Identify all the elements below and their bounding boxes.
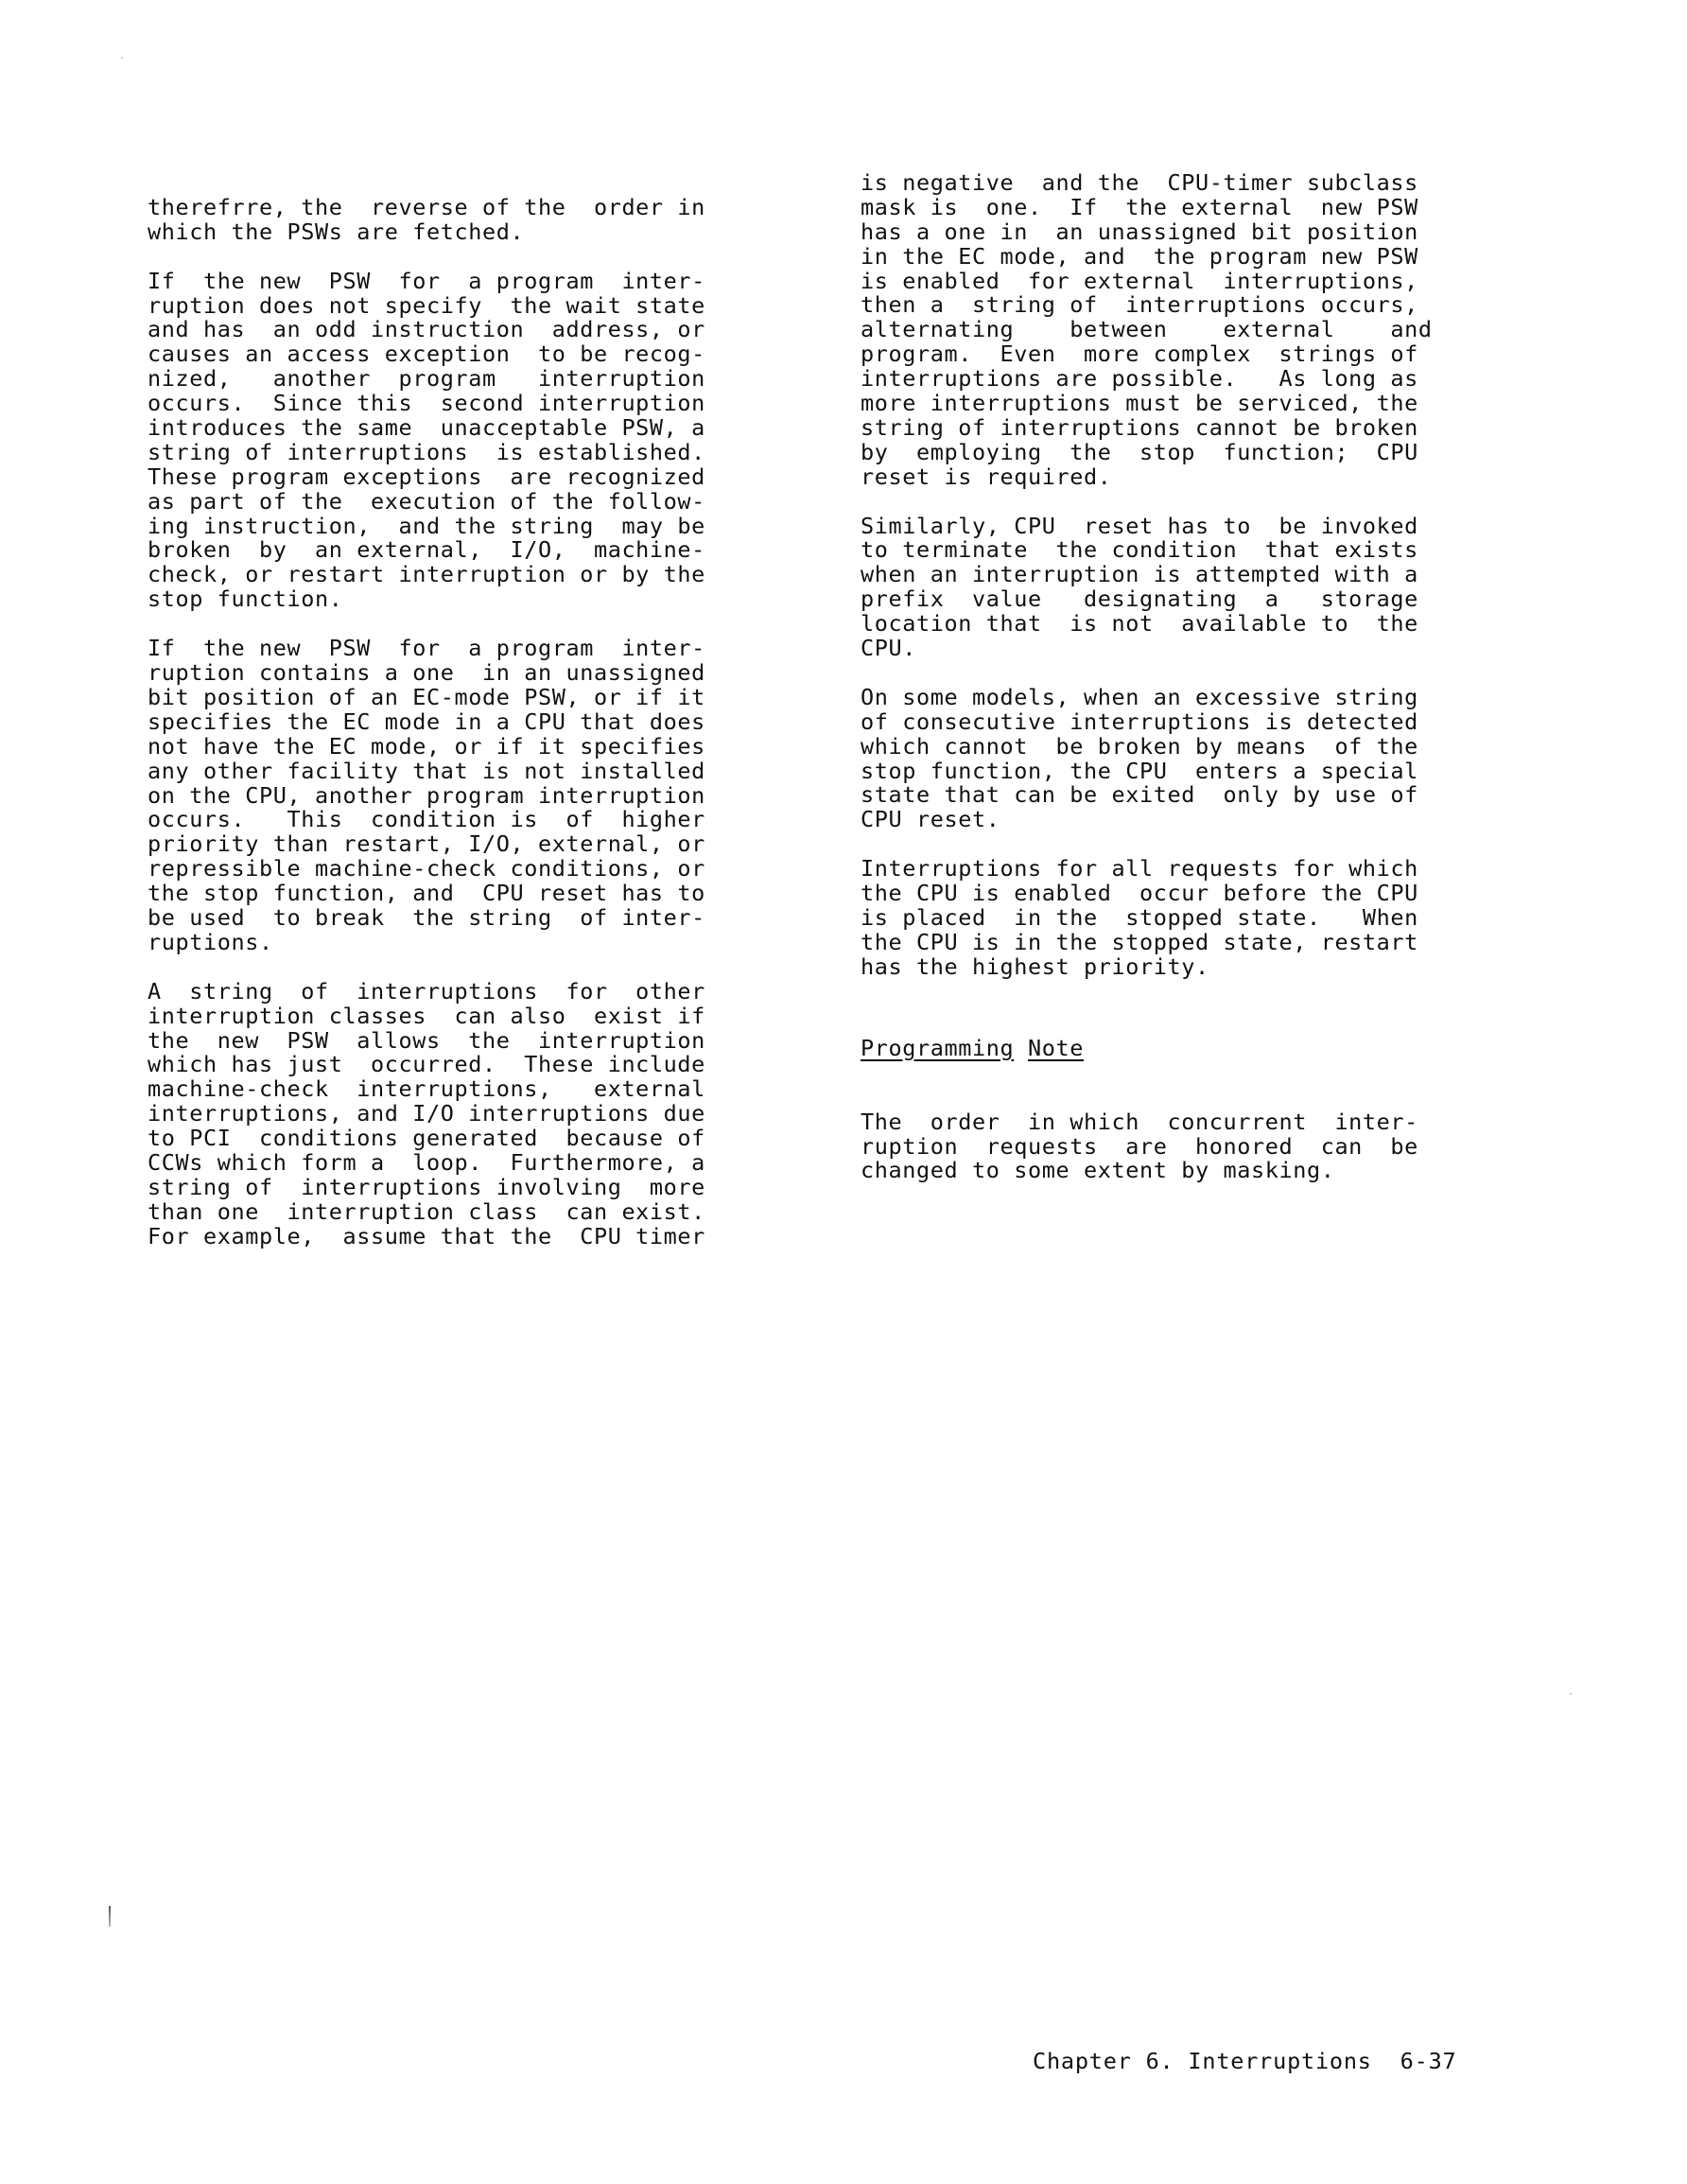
text-line: ruption requests are honored can be <box>861 1135 1522 1160</box>
text-line: the CPU is in the stopped state, restart <box>861 931 1522 955</box>
text-line: CPU. <box>861 637 1522 661</box>
text-line: causes an access exception to be recog- <box>148 342 809 367</box>
text-line: any other facility that is not installed <box>148 760 809 784</box>
text-line: which has just occurred. These include <box>148 1053 809 1077</box>
document-page: therefrre, the reverse of the order inwh… <box>0 0 1687 2184</box>
text-line: If the new PSW for a program inter- <box>148 637 809 661</box>
text-line: of consecutive interruptions is detected <box>861 710 1522 735</box>
left-column: therefrre, the reverse of the order inwh… <box>148 171 809 1274</box>
page-footer: Chapter 6. Interruptions 6-37 <box>1033 2048 1456 2074</box>
text-line: and has an odd instruction address, or <box>148 318 809 342</box>
text-line: Similarly, CPU reset has to be invoked <box>861 515 1522 539</box>
text-line: which cannot be broken by means of the <box>861 735 1522 760</box>
text-line: ruption does not specify the wait state <box>148 294 809 319</box>
paragraph-stopped-state: Interruptions for all requests for which… <box>861 857 1522 979</box>
text-line: changed to some extent by masking. <box>861 1159 1522 1183</box>
text-line: string of interruptions involving more <box>148 1176 809 1200</box>
text-line: machine-check interruptions, external <box>148 1077 809 1102</box>
text-line: is negative and the CPU-timer subclass <box>861 171 1522 196</box>
text-line: to terminate the condition that exists <box>861 538 1522 563</box>
text-line: broken by an external, I/O, machine- <box>148 538 809 563</box>
text-line: then a string of interruptions occurs, <box>861 293 1522 318</box>
text-line: bit position of an EC-mode PSW, or if it <box>148 686 809 710</box>
paragraph-odd-instruction-address: If the new PSW for a program inter-rupti… <box>148 270 809 612</box>
heading-word-programming: Programming <box>861 1035 1014 1061</box>
text-line: ruption contains a one in an unassigned <box>148 661 809 686</box>
text-line: program. Even more complex strings of <box>861 342 1522 367</box>
text-line: On some models, when an excessive string <box>861 686 1522 710</box>
text-line: stop function, the CPU enters a special <box>861 760 1522 784</box>
paragraph-programming-note: The order in which concurrent inter-rupt… <box>861 1110 1522 1184</box>
paragraph-excessive-string: On some models, when an excessive string… <box>861 686 1522 832</box>
footer-page-number: 6-37 <box>1400 2048 1457 2074</box>
paragraph-unassigned-bit: If the new PSW for a program inter-rupti… <box>148 637 809 955</box>
text-line: by employing the stop function; CPU <box>861 441 1522 465</box>
text-line: check, or restart interruption or by the <box>148 563 809 587</box>
text-line: be used to break the string of inter- <box>148 906 809 931</box>
text-line: These program exceptions are recognized <box>148 465 809 490</box>
text-line: is enabled for external interruptions, <box>861 270 1522 294</box>
text-line: reset is required. <box>861 465 1522 490</box>
text-line: nized, another program interruption <box>148 367 809 392</box>
text-line: ing instruction, and the string may be <box>148 515 809 539</box>
paragraph-psw-fetch-order: therefrre, the reverse of the order inwh… <box>148 171 809 245</box>
text-line: For example, assume that the CPU timer <box>148 1225 809 1249</box>
text-line: ruptions. <box>148 931 809 955</box>
text-line: string of interruptions is established. <box>148 441 809 465</box>
text-line: the stop function, and CPU reset has to <box>148 882 809 906</box>
text-line: alternating between external and <box>861 318 1522 342</box>
text-line: the new PSW allows the interruption <box>148 1029 809 1054</box>
text-line: than one interruption class can exist. <box>148 1200 809 1225</box>
text-line: to PCI conditions generated because of <box>148 1127 809 1151</box>
scan-speck <box>121 57 123 59</box>
text-line: is placed in the stopped state. When <box>861 906 1522 931</box>
text-line: therefrre, the reverse of the order in <box>148 196 809 220</box>
text-line: not have the EC mode, or if it specifies <box>148 735 809 760</box>
text-line: occurs. Since this second interruption <box>148 392 809 416</box>
text-line: as part of the execution of the follow- <box>148 490 809 515</box>
text-line: more interruptions must be serviced, the <box>861 392 1522 416</box>
text-line: Interruptions for all requests for which <box>861 857 1522 882</box>
text-line: interruption classes can also exist if <box>148 1005 809 1029</box>
paragraph-cpu-timer-negative: is negative and the CPU-timer subclassma… <box>861 171 1522 490</box>
text-line: mask is one. If the external new PSW <box>861 196 1522 220</box>
programming-note-heading: Programming Note <box>861 1037 1522 1061</box>
text-line: interruptions are possible. As long as <box>861 367 1522 392</box>
text-line: A string of interruptions for other <box>148 980 809 1005</box>
margin-change-bar <box>109 1906 111 1927</box>
text-line: state that can be exited only by use of <box>861 783 1522 808</box>
text-line: occurs. This condition is of higher <box>148 808 809 832</box>
text-line: which the PSWs are fetched. <box>148 220 809 245</box>
text-line: stop function. <box>148 587 809 612</box>
text-line: priority than restart, I/O, external, or <box>148 832 809 857</box>
heading-word-note: Note <box>1028 1035 1084 1061</box>
text-line: If the new PSW for a program inter- <box>148 270 809 294</box>
scan-speck <box>1570 1693 1572 1695</box>
text-line: has the highest priority. <box>861 955 1522 980</box>
text-line: when an interruption is attempted with a <box>861 563 1522 587</box>
paragraph-prefix-value: Similarly, CPU reset has to be invokedto… <box>861 515 1522 661</box>
text-line: in the EC mode, and the program new PSW <box>861 245 1522 270</box>
text-line: interruptions, and I/O interruptions due <box>148 1102 809 1127</box>
text-line: CCWs which form a loop. Furthermore, a <box>148 1151 809 1176</box>
text-line: location that is not available to the <box>861 612 1522 637</box>
text-line: introduces the same unacceptable PSW, a <box>148 416 809 441</box>
text-line: on the CPU, another program interruption <box>148 784 809 809</box>
right-column: is negative and the CPU-timer subclassma… <box>861 171 1522 1208</box>
text-line: string of interruptions cannot be broken <box>861 416 1522 441</box>
paragraph-other-interruption-classes: A string of interruptions for otherinter… <box>148 980 809 1249</box>
text-line: the CPU is enabled occur before the CPU <box>861 882 1522 906</box>
text-line: The order in which concurrent inter- <box>861 1110 1522 1135</box>
text-line: has a one in an unassigned bit position <box>861 220 1522 245</box>
footer-chapter-title: Chapter 6. Interruptions <box>1033 2048 1372 2074</box>
text-line: CPU reset. <box>861 808 1522 832</box>
text-line: specifies the EC mode in a CPU that does <box>148 710 809 735</box>
text-line: prefix value designating a storage <box>861 587 1522 612</box>
text-line: repressible machine-check conditions, or <box>148 857 809 882</box>
